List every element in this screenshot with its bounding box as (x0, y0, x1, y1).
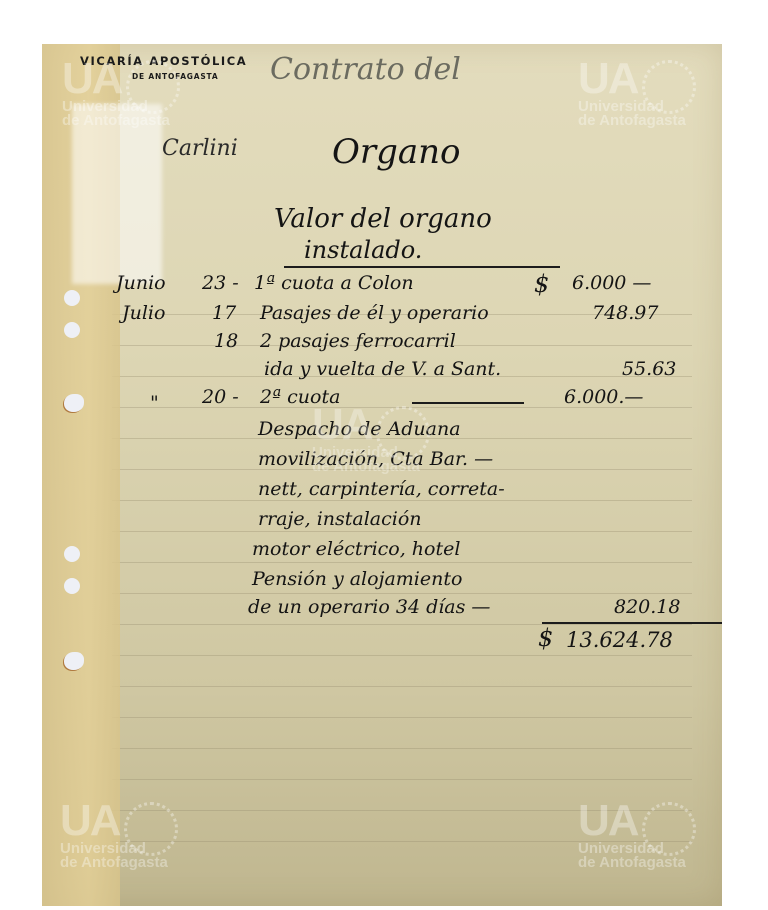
entry-description: 1ª cuota a Colon (254, 272, 414, 294)
entry-day: 20 - (202, 386, 239, 408)
detail-line: nett, carpintería, correta- (258, 478, 505, 500)
entry-description: 2 pasajes ferrocarril (260, 330, 456, 352)
entry-amount: 6.000 — (572, 272, 651, 294)
entry-month: Junio (116, 272, 166, 294)
seal-icon (126, 60, 180, 114)
watermark-top-left: UA Universidad de Antofagasta (62, 58, 170, 128)
total-amount: 13.624.78 (566, 628, 673, 652)
header-name: Carlini (162, 136, 238, 161)
watermark-top-right: UA Universidad de Antofagasta (578, 58, 686, 128)
watermark-bottom-left: UA Universidad de Antofagasta (60, 800, 168, 870)
entry-day: 18 (214, 330, 238, 352)
entry-description: Pasajes de él y operario (260, 302, 489, 324)
entry-currency: $ (534, 270, 549, 298)
punch-hole-torn (64, 652, 84, 670)
watermark-bottom-right: UA Universidad de Antofagasta (578, 800, 686, 870)
punch-hole (64, 290, 80, 306)
entry-amount: 748.97 (592, 302, 658, 324)
detail-line: Pensión y alojamiento (252, 568, 462, 590)
heading-line2: instalado. (304, 236, 422, 264)
seal-icon (642, 802, 696, 856)
heading-underline (284, 266, 560, 268)
entry-day: 23 - (202, 272, 239, 294)
heading-line1: Valor del organo (274, 204, 492, 234)
punch-hole (64, 546, 80, 562)
entry-day: 17 (212, 302, 236, 324)
document-page: VICARÍA APOSTÓLICA DE ANTOFAGASTA Contra… (42, 44, 722, 906)
pencil-note: Contrato del (270, 52, 461, 87)
dash-line (412, 402, 524, 404)
watermark-center: UA Universidad de Antofagasta (312, 404, 420, 474)
entry-month: Julio (122, 302, 165, 324)
punch-hole (64, 322, 80, 338)
tape-glare (72, 104, 162, 284)
detail-line: motor eléctrico, hotel (252, 538, 460, 560)
seal-icon (124, 802, 178, 856)
detail-line: rraje, instalación (258, 508, 422, 530)
entry-month: " (150, 392, 159, 414)
entry-amount: 6.000.— (564, 386, 643, 408)
total-currency: $ (538, 624, 553, 652)
seal-icon (642, 60, 696, 114)
total-rule (542, 622, 722, 624)
details-amount: 820.18 (614, 596, 680, 618)
header-title: Organo (332, 132, 461, 172)
punch-hole-torn (64, 394, 84, 412)
entry-amount: 55.63 (622, 358, 676, 380)
punch-hole (64, 578, 80, 594)
detail-line: de un operario 34 días — (248, 596, 490, 618)
seal-icon (376, 406, 430, 460)
entry-description: ida y vuelta de V. a Sant. (264, 358, 501, 380)
